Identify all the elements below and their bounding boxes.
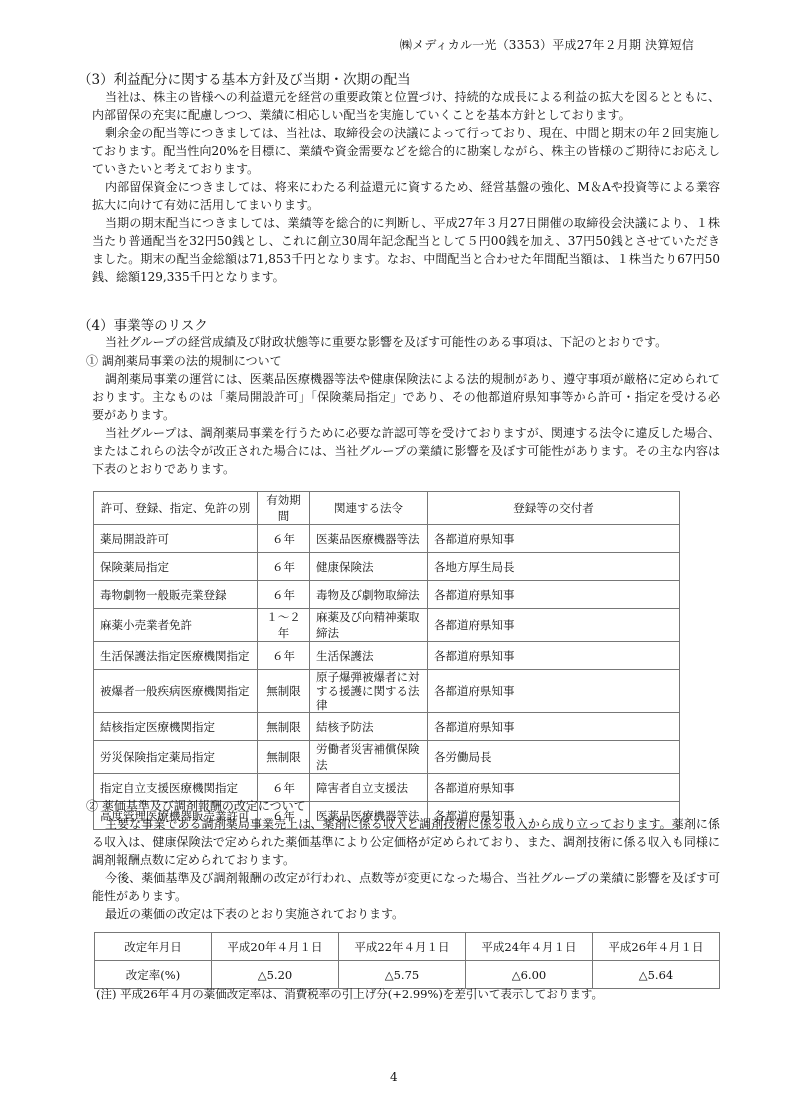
subsection-1-paragraph: 当社グループは、調剤薬局事業を行うために必要な許認可等を受けておりますが、関連す… [92,424,720,478]
subsection-2-paragraph: 主要な事業である調剤薬局事業売上は、薬剤に係る収入と調剤技術に係る収入から成り立… [92,815,720,869]
section-4-intro: 当社グループの経営成績及び財政状態等に重要な影響を及ぼす可能性のある事項は、下記… [92,333,720,351]
related-law: 労働者災害補償保険法 [310,741,428,774]
revision-rate-row: 改定率(%) △5.20 △5.75 △6.00 △5.64 [95,961,720,989]
validity-period: ６年 [258,525,310,553]
validity-period: ６年 [258,553,310,581]
header-cell: 許可、登録、指定、免許の別 [94,492,258,525]
related-law: 障害者自立支援法 [310,774,428,802]
issuer: 各都道府県知事 [428,609,680,642]
license-type: 保険薬局指定 [94,553,258,581]
issuer: 各都道府県知事 [428,713,680,741]
drug-price-revision-table: 改定年月日 平成20年４月１日 平成22年４月１日 平成24年４月１日 平成26… [94,932,720,989]
table-row: 薬局開設許可 ６年 医薬品医療機器等法 各都道府県知事 [94,525,680,553]
subsection-2-paragraph: 最近の薬価の改定は下表のとおり実施されております。 [92,905,720,923]
subsection-1-paragraph: 調剤薬局事業の運営には、医薬品医療機器等法や健康保険法による法的規制があり、遵守… [92,370,720,424]
row-label: 改定年月日 [95,933,212,961]
section-3-paragraph: 当期の期末配当につきましては、業績等を総合的に判断し、平成27年３月27日開催の… [92,214,720,286]
table-footnote: (注) 平成26年４月の薬価改定率は、消費税率の引上げ分(+2.99%)を差引い… [96,986,603,1002]
table-row: 毒物劇物一般販売業登録 ６年 毒物及び劇物取締法 各都道府県知事 [94,581,680,609]
license-type: 結核指定医療機関指定 [94,713,258,741]
issuer: 各都道府県知事 [428,525,680,553]
header-cell: 有効期間 [258,492,310,525]
related-law: 健康保険法 [310,553,428,581]
related-law: 結核予防法 [310,713,428,741]
document-header: ㈱メディカル一光（3353）平成27年２月期 決算短信 [400,36,694,53]
validity-period: 無制限 [258,741,310,774]
issuer: 各都道府県知事 [428,642,680,670]
revision-rate: △5.20 [212,961,339,989]
subsection-2-heading: ② 薬価基準及び調剤報酬の改定について [86,797,306,814]
license-type: 生活保護法指定医療機関指定 [94,642,258,670]
issuer: 各都道府県知事 [428,581,680,609]
table-row: 麻薬小売業者免許 １～２年 麻薬及び向精神薬取締法 各都道府県知事 [94,609,680,642]
section-3-paragraph: 剰余金の配当等につきましては、当社は、取締役会の決議によって行っており、現在、中… [92,124,720,178]
validity-period: 無制限 [258,670,310,713]
related-law: 医薬品医療機器等法 [310,525,428,553]
revision-date-row: 改定年月日 平成20年４月１日 平成22年４月１日 平成24年４月１日 平成26… [95,933,720,961]
table-row: 生活保護法指定医療機関指定 ６年 生活保護法 各都道府県知事 [94,642,680,670]
validity-period: １～２年 [258,609,310,642]
license-type: 毒物劇物一般販売業登録 [94,581,258,609]
section-3-paragraph: 内部留保資金につきましては、将来にわたる利益還元に資するため、経営基盤の強化、M… [92,178,720,214]
validity-period: ６年 [258,642,310,670]
license-table: 許可、登録、指定、免許の別 有効期間 関連する法令 登録等の交付者 薬局開設許可… [93,491,680,830]
validity-period: ６年 [258,581,310,609]
revision-date: 平成26年４月１日 [593,933,720,961]
table-row: 保険薬局指定 ６年 健康保険法 各地方厚生局長 [94,553,680,581]
subsection-2-paragraph: 今後、薬価基準及び調剤報酬の改定が行われ、点数等が変更になった場合、当社グループ… [92,869,720,905]
issuer: 各都道府県知事 [428,670,680,713]
header-cell: 登録等の交付者 [428,492,680,525]
page-number: 4 [390,1070,398,1084]
revision-rate: △5.64 [593,961,720,989]
header-cell: 関連する法令 [310,492,428,525]
revision-rate: △6.00 [466,961,593,989]
related-law: 生活保護法 [310,642,428,670]
issuer: 各労働局長 [428,741,680,774]
section-3-paragraph: 当社は、株主の皆様への利益還元を経営の重要政策と位置づけ、持続的な成長による利益… [92,88,720,124]
revision-date: 平成20年４月１日 [212,933,339,961]
license-type: 薬局開設許可 [94,525,258,553]
license-type: 麻薬小売業者免許 [94,609,258,642]
related-law: 麻薬及び向精神薬取締法 [310,609,428,642]
table-row: 結核指定医療機関指定 無制限 結核予防法 各都道府県知事 [94,713,680,741]
revision-rate: △5.75 [339,961,466,989]
related-law: 毒物及び劇物取締法 [310,581,428,609]
license-type: 労災保険指定薬局指定 [94,741,258,774]
section-3-heading: （3）利益配分に関する基本方針及び当期・次期の配当 [78,68,411,88]
subsection-1-heading: ① 調剤薬局事業の法的規制について [86,352,282,369]
row-label: 改定率(%) [95,961,212,989]
table-row: 被爆者一般疾病医療機関指定 無制限 原子爆弾被爆者に対する援護に関する法律 各都… [94,670,680,713]
section-4-heading: （4）事業等のリスク [78,314,208,334]
license-type: 被爆者一般疾病医療機関指定 [94,670,258,713]
table-row: 労災保険指定薬局指定 無制限 労働者災害補償保険法 各労働局長 [94,741,680,774]
issuer: 各都道府県知事 [428,774,680,802]
validity-period: 無制限 [258,713,310,741]
revision-date: 平成22年４月１日 [339,933,466,961]
revision-date: 平成24年４月１日 [466,933,593,961]
table-header-row: 許可、登録、指定、免許の別 有効期間 関連する法令 登録等の交付者 [94,492,680,525]
related-law: 原子爆弾被爆者に対する援護に関する法律 [310,670,428,713]
issuer: 各地方厚生局長 [428,553,680,581]
